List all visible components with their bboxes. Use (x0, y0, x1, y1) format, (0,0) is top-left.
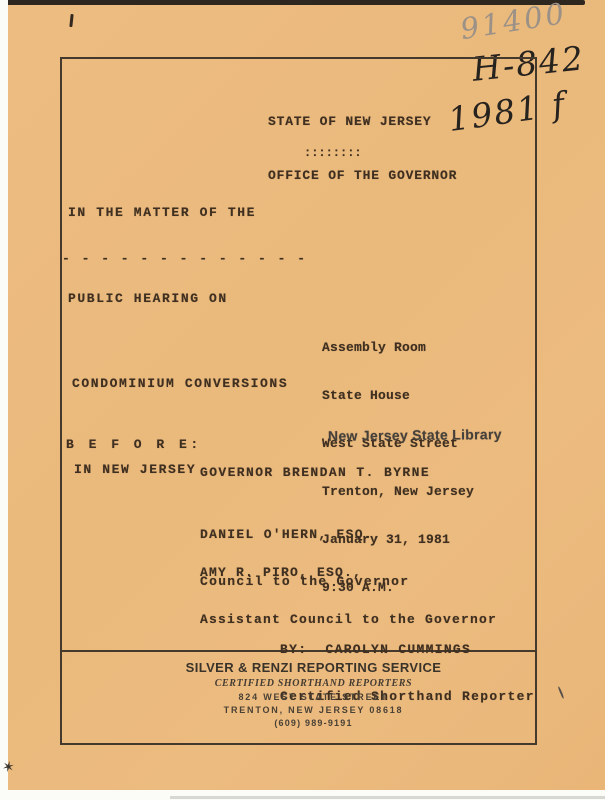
footer-address-street: 824 WEST STATE STREET (88, 692, 539, 702)
scan-edge-shadow (8, 0, 585, 5)
pen-tick-mark (69, 14, 73, 27)
caption-colon-rule: :::::::: (304, 146, 315, 160)
caption-line: IN THE MATTER OF THE (68, 199, 288, 228)
appearance-name: AMY R. PIRO, ESQ., (200, 565, 497, 581)
footer-phone: (609) 989-9191 (88, 718, 539, 728)
venue-line: Assembly Room (322, 340, 474, 356)
reporting-service-footer: SILVER & RENZI REPORTING SERVICE CERTIFI… (62, 660, 539, 728)
pen-mark-bottom-left: ✶ (0, 757, 16, 777)
appearance-governor: GOVERNOR BRENDAN T. BYRNE (200, 465, 430, 480)
document-header: STATE OF NEW JERSEY OFFICE OF THE GOVERN… (268, 77, 457, 221)
scan-edge-bottom (170, 796, 605, 799)
case-caption: IN THE MATTER OF THE PUBLIC HEARING ON C… (68, 142, 288, 541)
paper-sheet: 91400 H-842 1981 f STATE OF NEW JERSEY O… (8, 0, 605, 790)
reporter-by-line: BY: CAROLYN CUMMINGS (280, 642, 535, 658)
footer-subtitle: CERTIFIED SHORTHAND REPORTERS (88, 678, 539, 689)
footer-address-city: TRENTON, NEW JERSEY 08618 (88, 705, 539, 715)
venue-line: State House (322, 388, 474, 404)
header-line-2: OFFICE OF THE GOVERNOR (268, 167, 457, 185)
header-line-1: STATE OF NEW JERSEY (268, 113, 457, 131)
pen-mark-right (558, 686, 565, 699)
handwritten-pencil-number: 91400 (458, 0, 569, 46)
caption-dash-rule: - - - - - - - - - - - - - (62, 251, 307, 266)
library-stamp: New Jersey State Library (328, 426, 502, 444)
caption-line: CONDOMINIUM CONVERSIONS (72, 370, 288, 399)
caption-line: PUBLIC HEARING ON (68, 285, 288, 314)
before-label: B E F O R E: (66, 437, 202, 452)
footer-company: SILVER & RENZI REPORTING SERVICE (88, 660, 539, 675)
